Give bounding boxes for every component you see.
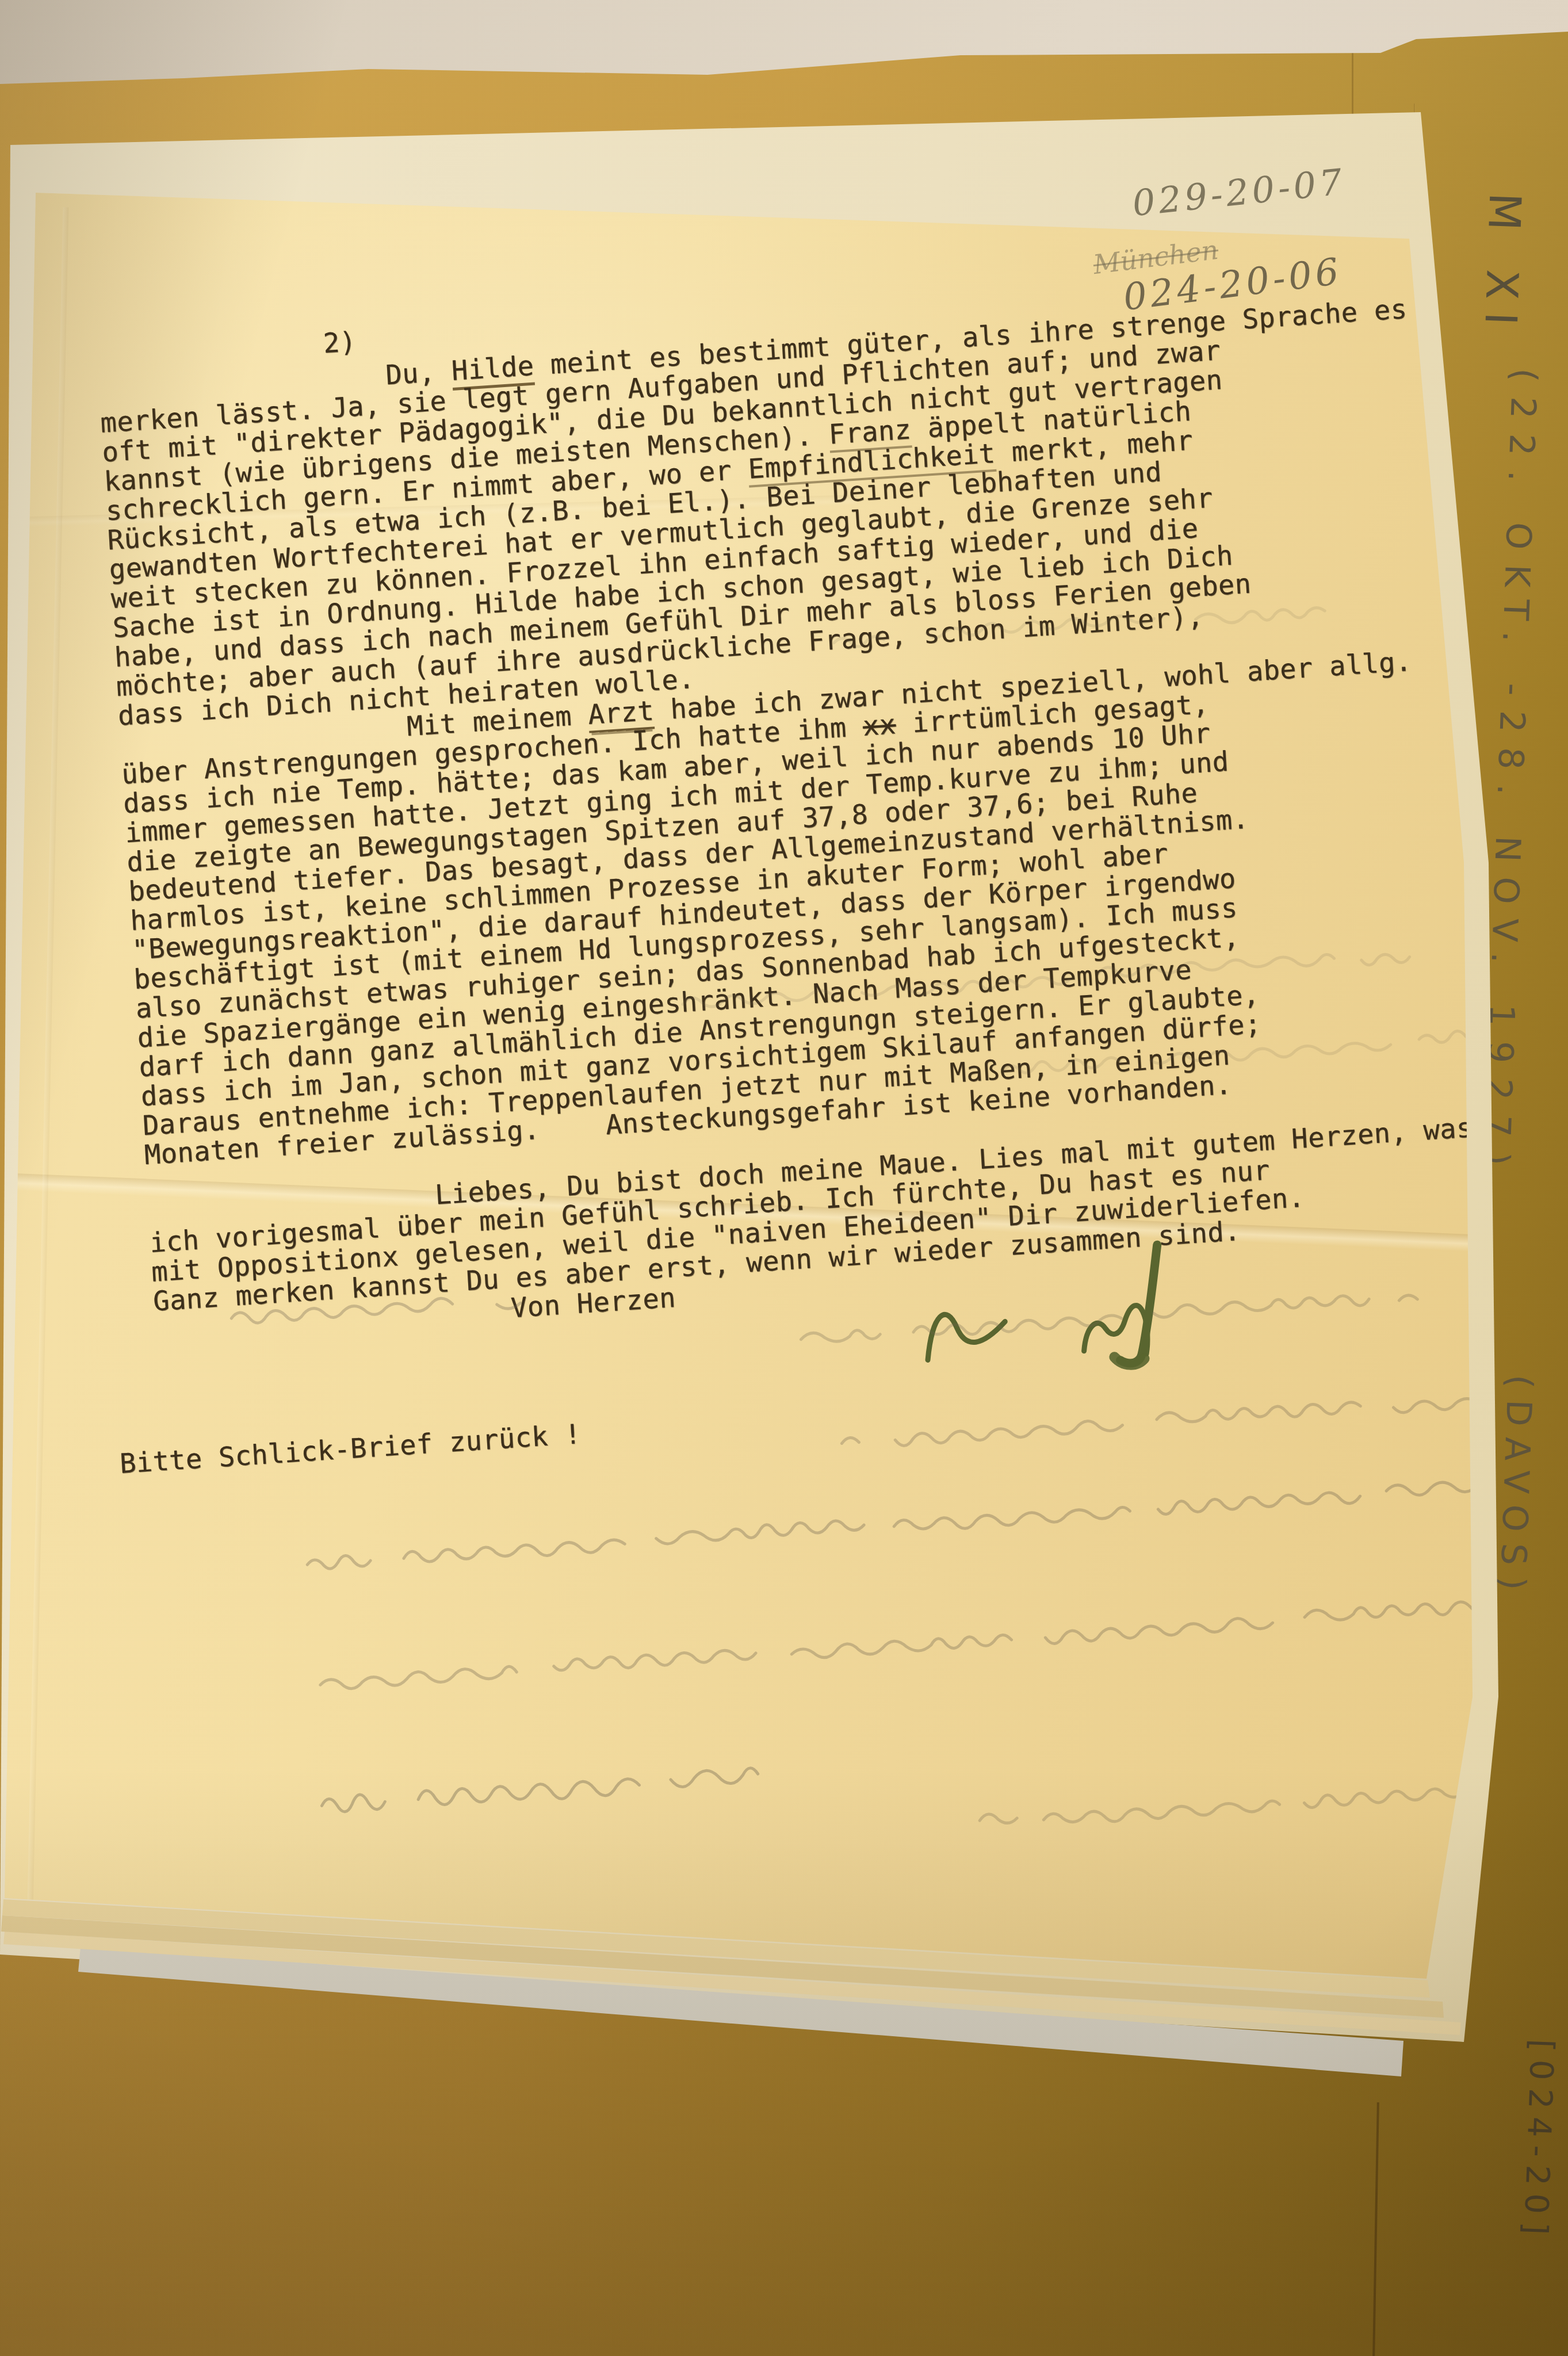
folder-margin-bottom-number: [024-20] bbox=[1516, 2038, 1561, 2243]
archival-number-upper-sheet: 029-20-07 bbox=[1130, 160, 1348, 224]
cardboard-crease bbox=[1372, 2102, 1379, 2356]
fold-crease bbox=[27, 207, 69, 1933]
archive-photo: M XI (22. OKT. -28. NOV. 1927) (DAVOS) [… bbox=[0, 0, 1568, 2356]
folder-margin-place: (DAVOS) bbox=[1491, 1374, 1540, 1602]
struck-word: xx bbox=[862, 709, 897, 743]
folder-margin-label: M XI bbox=[1475, 192, 1531, 339]
postscript: Bitte Schlick-Brief zurück ! bbox=[119, 1420, 582, 1479]
paragraph-2: Mit meinem Arzt habe ich zwar nicht spez… bbox=[119, 645, 1466, 1170]
signature-ink bbox=[904, 1221, 1214, 1424]
page-number: 2) bbox=[322, 327, 357, 359]
typed-text: 2) Du, Hilde meint es bestimmt güter, al… bbox=[98, 289, 1568, 1987]
